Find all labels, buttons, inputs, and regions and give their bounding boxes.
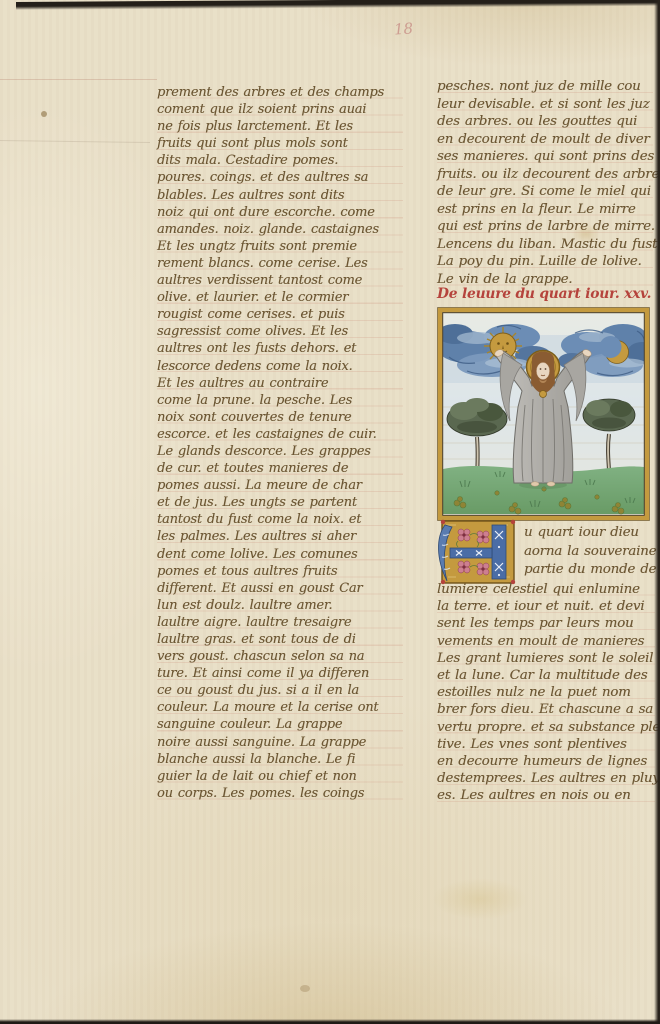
page-edge-right [654, 0, 660, 1024]
text-line: fruits qui sont plus mols sont [157, 135, 403, 152]
text-line: aultres verdissent tantost come [157, 272, 403, 289]
text-line: come la prune. la pesche. Les [157, 392, 403, 409]
text-line: Le glands descorce. Les grappes [157, 443, 403, 460]
folio-number: 18 [393, 19, 413, 38]
text-line: different. Et aussi en goust Car [157, 580, 403, 597]
text-line: sent les temps par leurs mou [437, 615, 655, 632]
text-line: ses manieres. qui sont prins des [437, 148, 653, 166]
illuminated-initial-A [434, 519, 520, 587]
text-line: leur devisable. et si sont les juz [437, 96, 653, 114]
text-line: vers goust. chascun selon sa na [157, 648, 403, 665]
text-column-left: prement des arbres et des champscoment q… [157, 84, 403, 802]
text-column-right-bottom: lumiere celestiel qui enluminela terre. … [437, 581, 655, 805]
chapter-rubric: De leuure du quart iour. xxv. [437, 286, 651, 302]
text-line: pesches. nont juz de mille cou [437, 78, 653, 96]
face [537, 363, 550, 380]
text-line: dent come lolive. Les comunes [157, 546, 403, 563]
text-line: couleur. La moure et la cerise ont [157, 699, 403, 716]
text-line: tantost du fust come la noix. et [157, 511, 403, 528]
text-line: qui est prins de larbre de mirre. [437, 218, 653, 236]
text-line: fruits. ou ilz decourent des arbres [437, 166, 653, 184]
text-line: les palmes. Les aultres si aher [157, 528, 403, 545]
ruling-crease [0, 79, 157, 80]
text-line: ou corps. Les pomes. les coings [157, 785, 403, 802]
text-line: lescorce dedens come la noix. [157, 358, 403, 375]
text-line: rement blancs. come cerise. Les [157, 255, 403, 272]
text-line: est prins en la fleur. Le mirre [437, 201, 653, 219]
text-line: et la lune. Car la multitude des [437, 667, 655, 684]
manuscript-page: 18 prement des arbres et des champscomen… [0, 0, 660, 1024]
text-line: aultres ont les fusts dehors. et [157, 340, 403, 357]
text-line: Et les ungtz fruits sont premie [157, 238, 403, 255]
text-line: ne fois plus larctement. Et les [157, 118, 403, 135]
text-line: laultre aigre. laultre tresaigre [157, 614, 403, 631]
text-line: poures. coings. et des aultres sa [157, 169, 403, 186]
text-line: sagressist come olives. Et les [157, 323, 403, 340]
text-column-right-top: pesches. nont juz de mille couleur devis… [437, 78, 653, 288]
parchment-spot [41, 111, 47, 117]
text-beside-initial: u quart iour dieuaorna la souverainepart… [524, 524, 654, 580]
initial-bar-horizontal [450, 548, 492, 558]
text-line: Les grant lumieres sont le soleil [437, 650, 655, 667]
text-line: es. Les aultres en nois ou en [437, 787, 655, 804]
text-line: brer fors dieu. Et chascune a sa [437, 701, 655, 718]
text-line: ce ou goust du jus. si a il en la [157, 682, 403, 699]
text-line: rougist come cerises. et puis [157, 306, 403, 323]
text-line: prement des arbres et des champs [157, 84, 403, 101]
text-line: lumiere celestiel qui enlumine [437, 581, 655, 598]
text-line: destemprees. Les aultres en pluy [437, 770, 655, 787]
miniature-fourth-day [437, 307, 650, 521]
text-line: Lencens du liban. Mastic du fust [437, 236, 653, 254]
text-line: coment que ilz soient prins auai [157, 101, 403, 118]
text-line: laultre gras. et sont tous de di [157, 631, 403, 648]
text-line: pomes aussi. La meure de char [157, 477, 403, 494]
text-line: de leur gre. Si come le miel qui [437, 183, 653, 201]
parchment-spot [300, 985, 310, 992]
text-line: vements en moult de manieres [437, 633, 655, 650]
text-line: de cur. et toutes manieres de [157, 460, 403, 477]
foot [531, 482, 539, 486]
text-line: en decourre humeurs de lignes [437, 753, 655, 770]
initial-bar-vertical [492, 525, 506, 579]
parchment-crease [0, 140, 150, 143]
text-line: des arbres. ou les gouttes qui [437, 113, 653, 131]
text-line: guier la de lait ou chief et non [157, 768, 403, 785]
text-line: escorce. et les castaignes de cuir. [157, 426, 403, 443]
text-line: noire aussi sanguine. La grappe [157, 734, 403, 751]
text-line: blanche aussi la blanche. Le fi [157, 751, 403, 768]
text-line: noiz qui ont dure escorche. come [157, 204, 403, 221]
text-line: la terre. et iour et nuit. et devi [437, 598, 655, 615]
text-line: u quart iour dieu [524, 524, 654, 543]
text-line: ture. Et ainsi come il ya differen [157, 665, 403, 682]
text-line: pomes et tous aultres fruits [157, 563, 403, 580]
foot [547, 482, 555, 486]
text-line: dits mala. Cestadire pomes. [157, 152, 403, 169]
text-line: sanguine couleur. La grappe [157, 716, 403, 733]
page-edge-top [16, 0, 660, 10]
text-line: olive. et laurier. et le cormier [157, 289, 403, 306]
text-line: La poy du pin. Luille de lolive. [437, 253, 653, 271]
parchment-stain [432, 878, 528, 920]
page-edge-bottom [0, 1019, 660, 1024]
text-line: et de jus. Les ungts se partent [157, 494, 403, 511]
text-line: tive. Les vnes sont plentives [437, 736, 655, 753]
text-line: aorna la souveraine [524, 543, 654, 562]
brooch [540, 391, 547, 398]
text-line: blables. Les aultres sont dits [157, 187, 403, 204]
text-line: amandes. noiz. glande. castaignes [157, 221, 403, 238]
text-line: estoilles nulz ne la puet nom [437, 684, 655, 701]
text-line: vertu propre. et sa substance plen [437, 719, 655, 736]
text-line: Et les aultres au contraire [157, 375, 403, 392]
text-line: partie du monde de [524, 561, 654, 580]
text-line: lun est doulz. laultre amer. [157, 597, 403, 614]
text-line: noix sont couvertes de tenure [157, 409, 403, 426]
text-line: en decourent de moult de diver [437, 131, 653, 149]
